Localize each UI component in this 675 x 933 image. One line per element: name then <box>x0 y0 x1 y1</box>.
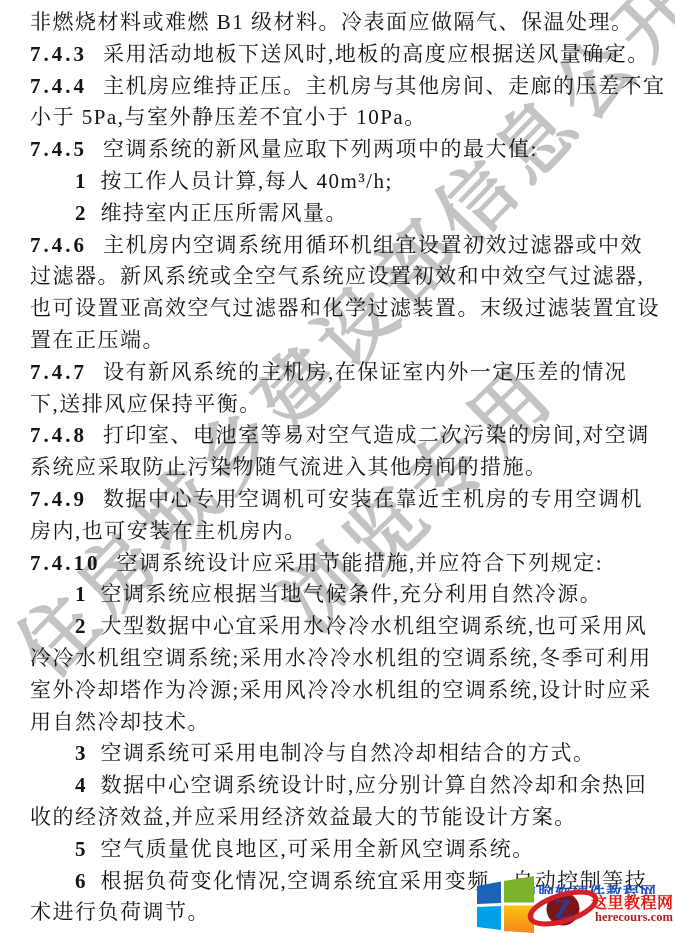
line-number: 6 <box>75 869 86 893</box>
line-text: 打印室、电池室等易对空气造成二次污染的房间,对空调 <box>103 423 650 447</box>
line-text: 维持室内正压所需风量。 <box>101 201 349 225</box>
line-text: 系统应采取防止污染物随气流进入其他房间的措施。 <box>30 455 548 479</box>
line-number: 7.4.3 <box>30 42 87 66</box>
clause-line: 7.4.9数据中心专用空调机可安装在靠近主机房的专用空调机 <box>30 484 665 516</box>
document-page: 住房城乡建设部信息公开 浏览专用 非燃烧材料或难燃 B1 级材料。冷表面应做隔气… <box>0 0 675 933</box>
line-text: 空气质量优良地区,可采用全新风空调系统。 <box>101 837 535 861</box>
text-line: 置在正压端。 <box>30 325 665 357</box>
text-line: 房内,也可安装在主机房内。 <box>30 516 665 548</box>
text-line: 非燃烧材料或难燃 B1 级材料。冷表面应做隔气、保温处理。 <box>30 7 665 39</box>
line-number: 1 <box>75 169 86 193</box>
line-text: 小于 5Pa,与室外静压差不宜小于 10Pa。 <box>30 105 427 129</box>
text-line: 也可设置亚高效空气过滤器和化学过滤装置。末级过滤装置宜设 <box>30 293 665 325</box>
item-line: 4数据中心空调系统设计时,应分别计算自然冷却和余热回 <box>30 770 665 802</box>
line-text: 采用活动地板下送风时,地板的高度应根据送风量确定。 <box>103 42 650 66</box>
line-text: 房内,也可安装在主机房内。 <box>30 519 307 543</box>
line-number: 7.4.7 <box>30 360 87 384</box>
clause-line: 7.4.6主机房内空调系统用循环机组宜设置初效过滤器或中效 <box>30 230 665 262</box>
line-number: 7.4.6 <box>30 233 87 257</box>
line-text: 大型数据中心宜采用水冷冷水机组空调系统,也可采用风 <box>101 614 648 638</box>
line-number: 3 <box>75 741 86 765</box>
line-text: 冷冷水机组空调系统;采用水冷冷水机组的空调系统,冬季可利用 <box>30 646 652 670</box>
line-text: 下,送排风应保持平衡。 <box>30 392 262 416</box>
text-line: 用自然冷却技术。 <box>30 707 665 739</box>
line-text: 过滤器。新风系统或全空气系统应设置初效和中效空气过滤器, <box>30 264 644 288</box>
document-lines: 非燃烧材料或难燃 B1 级材料。冷表面应做隔气、保温处理。7.4.3采用活动地板… <box>30 7 665 929</box>
line-number: 7.4.5 <box>30 137 87 161</box>
line-number: 2 <box>75 614 86 638</box>
text-line: 过滤器。新风系统或全空气系统应设置初效和中效空气过滤器, <box>30 261 665 293</box>
item-line: 1空调系统应根据当地气候条件,充分利用自然冷源。 <box>30 579 665 611</box>
line-number: 7.4.9 <box>30 487 87 511</box>
site-url: herecours.com <box>595 910 673 925</box>
text-line: 下,送排风应保持平衡。 <box>30 389 665 421</box>
line-text: 置在正压端。 <box>30 328 165 352</box>
line-text: 数据中心空调系统设计时,应分别计算自然冷却和余热回 <box>101 773 648 797</box>
clause-line: 7.4.8打印室、电池室等易对空气造成二次污染的房间,对空调 <box>30 420 665 452</box>
line-text: 主机房内空调系统用循环机组宜设置初效过滤器或中效 <box>103 233 643 257</box>
line-text: 室外冷却塔作为冷源;采用风冷冷水机组的空调系统,设计时应采 <box>30 678 652 702</box>
line-number: 7.4.10 <box>30 551 101 575</box>
line-text: 也可设置亚高效空气过滤器和化学过滤装置。末级过滤装置宜设 <box>30 296 660 320</box>
line-text: 空调系统应根据当地气候条件,充分利用自然冷源。 <box>101 582 603 606</box>
line-text: 空调系统可采用电制冷与自然冷却相结合的方式。 <box>101 741 596 765</box>
clause-line: 7.4.10空调系统设计应采用节能措施,并应符合下列规定: <box>30 548 665 580</box>
clause-line: 7.4.5空调系统的新风量应取下列两项中的最大值: <box>30 134 665 166</box>
text-line: 系统应采取防止污染物随气流进入其他房间的措施。 <box>30 452 665 484</box>
line-text: 数据中心专用空调机可安装在靠近主机房的专用空调机 <box>103 487 643 511</box>
line-number: 1 <box>75 582 86 606</box>
clause-line: 7.4.7设有新风系统的主机房,在保证室内外一定压差的情况 <box>30 357 665 389</box>
line-number: 4 <box>75 773 86 797</box>
clause-line: 7.4.4主机房应维持正压。主机房与其他房间、走廊的压差不宜 <box>30 71 665 103</box>
line-number: 5 <box>75 837 86 861</box>
item-line: 5空气质量优良地区,可采用全新风空调系统。 <box>30 834 665 866</box>
text-line: 室外冷却塔作为冷源;采用风冷冷水机组的空调系统,设计时应采 <box>30 675 665 707</box>
clause-line: 7.4.3采用活动地板下送风时,地板的高度应根据送风量确定。 <box>30 39 665 71</box>
line-number: 7.4.4 <box>30 74 87 98</box>
text-line: 冷冷水机组空调系统;采用水冷冷水机组的空调系统,冬季可利用 <box>30 643 665 675</box>
line-text: 收的经济效益,并应采用经济效益最大的节能设计方案。 <box>30 805 577 829</box>
line-number: 7.4.8 <box>30 423 87 447</box>
line-text: 空调系统的新风量应取下列两项中的最大值: <box>103 137 538 161</box>
item-line: 2维持室内正压所需风量。 <box>30 198 665 230</box>
line-number: 2 <box>75 201 86 225</box>
item-line: 2大型数据中心宜采用水冷冷水机组空调系统,也可采用风 <box>30 611 665 643</box>
line-text: 主机房应维持正压。主机房与其他房间、走廊的压差不宜 <box>103 74 666 98</box>
line-text: 空调系统设计应采用节能措施,并应符合下列规定: <box>117 551 604 575</box>
text-line: 收的经济效益,并应采用经济效益最大的节能设计方案。 <box>30 802 665 834</box>
line-text: 用自然冷却技术。 <box>30 710 210 734</box>
line-text: 按工作人员计算,每人 40m³/h; <box>101 169 393 193</box>
item-line: 3空调系统可采用电制冷与自然冷却相结合的方式。 <box>30 738 665 770</box>
line-text: 术进行负荷调节。 <box>30 900 210 924</box>
line-text: 设有新风系统的主机房,在保证室内外一定压差的情况 <box>103 360 627 384</box>
item-line: 1按工作人员计算,每人 40m³/h; <box>30 166 665 198</box>
line-text: 非燃烧材料或难燃 B1 级材料。冷表面应做隔气、保温处理。 <box>30 10 634 34</box>
text-line: 小于 5Pa,与室外静压差不宜小于 10Pa。 <box>30 102 665 134</box>
